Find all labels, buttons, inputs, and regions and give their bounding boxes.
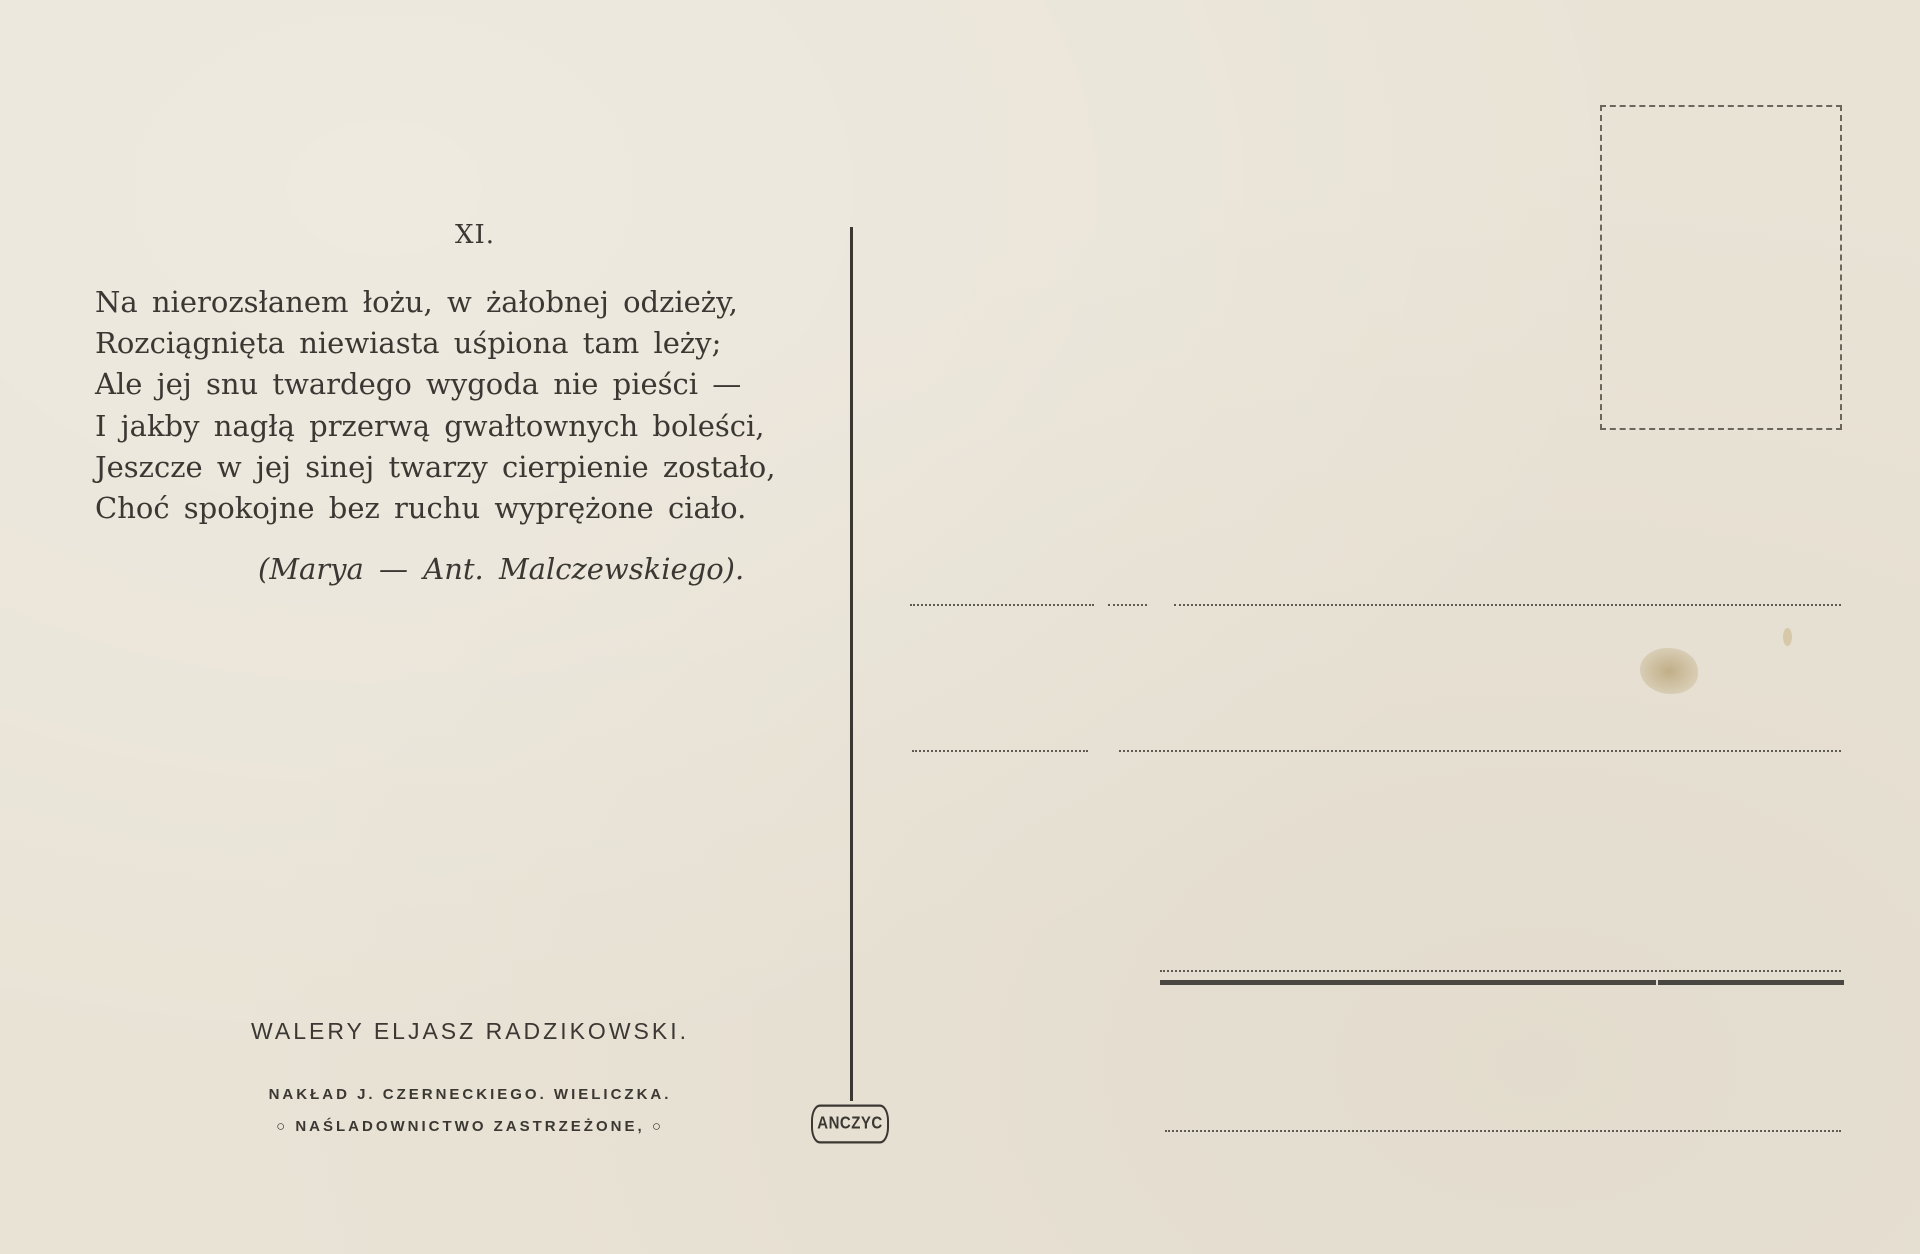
address-line-1-segment-a xyxy=(910,604,1094,606)
poem-attribution: (Marya — Ant. Malczewskiego). xyxy=(258,552,758,586)
poem-line: Na nierozsłanem łożu, w żałobnej odzieży… xyxy=(95,282,835,323)
address-underline-bar-left xyxy=(1160,980,1656,985)
printer-mark-badge: ANCZYC xyxy=(811,1104,889,1143)
poem-line: Jeszcze w jej sinej twarzy cierpienie zo… xyxy=(95,447,835,488)
poem-line: Rozciągnięta niewiasta uśpiona tam leży; xyxy=(95,323,835,364)
address-line-2-segment-b xyxy=(1119,750,1841,752)
stamp-placeholder-box xyxy=(1600,105,1842,430)
publisher-line: NAKŁAD J. CZERNECKIEGO. WIELICZKA. xyxy=(200,1086,740,1103)
artist-name: WALERY ELJASZ RADZIKOWSKI. xyxy=(200,1018,740,1045)
center-divider-line xyxy=(850,227,853,1101)
paper-stain xyxy=(1640,648,1698,694)
address-line-1-segment-c xyxy=(1174,604,1841,606)
address-line-4 xyxy=(1165,1130,1841,1132)
paper-stain-small xyxy=(1783,628,1792,646)
poem-number: XI. xyxy=(440,220,510,250)
address-underline-bar-right xyxy=(1658,980,1844,985)
poem-line: Ale jej snu twardego wygoda nie pieści — xyxy=(95,364,835,405)
poem-text: Na nierozsłanem łożu, w żałobnej odzieży… xyxy=(95,282,835,529)
address-line-3 xyxy=(1160,970,1841,972)
poem-line: I jakby nagłą przerwą gwałtownych boleśc… xyxy=(95,406,835,447)
address-line-1-segment-b xyxy=(1108,604,1147,606)
copyright-notice: ○ NAŚLADOWNICTWO ZASTRZEŻONE, ○ xyxy=(200,1118,740,1135)
address-line-2-segment-a xyxy=(912,750,1088,752)
poem-line: Choć spokojne bez ruchu wyprężone ciało. xyxy=(95,488,835,529)
